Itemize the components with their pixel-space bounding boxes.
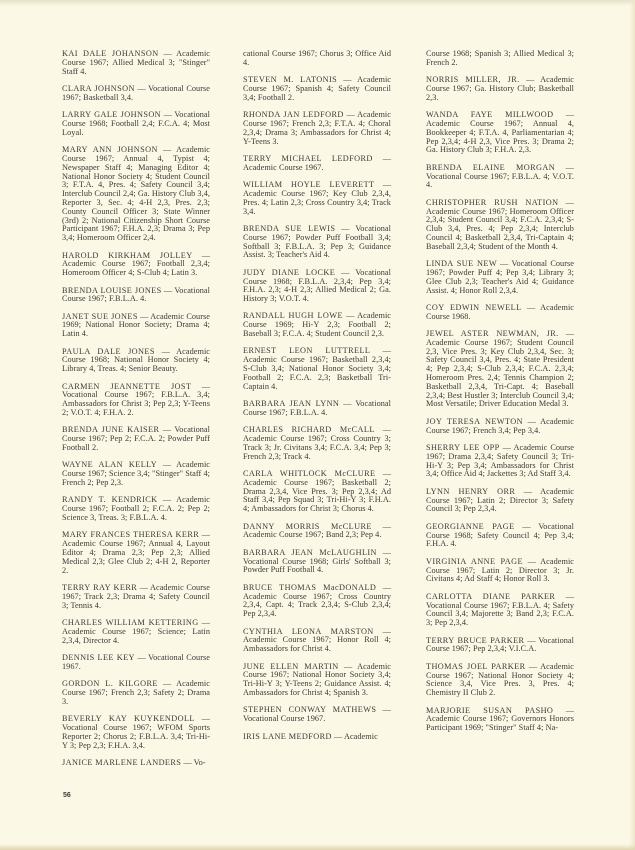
senior-entry: JANET SUE JONES — Academic Course 1969; … [62, 313, 210, 339]
senior-name: WANDA FAYE MILLWOOD [426, 110, 554, 119]
senior-entry: JUDY DIANE LOCKE — Vocational Course 196… [243, 269, 391, 304]
name-separator: — [376, 469, 392, 478]
senior-name: PAULA DALE JONES [62, 347, 155, 356]
name-separator: — [181, 758, 193, 767]
name-separator: — [335, 268, 355, 277]
name-separator: — [343, 311, 357, 320]
senior-entry: BARBARA JEAN McLAUGHLIN — Vocational Cou… [243, 549, 391, 575]
senior-activities: Academic Course 1967; Key Club 2,3,4, Pr… [243, 189, 391, 216]
senior-name: COY EDWIN NEWELL [426, 303, 522, 312]
senior-activities: Academic Course 1967; Annual 4, Bookkeep… [426, 119, 574, 154]
senior-entry: CHARLES WILLIAM KETTERING — Academic Cou… [62, 619, 210, 645]
senior-name: MARY FRANCES THERESA KERR [62, 530, 199, 539]
senior-activities: Academic Course 1967; Cross Country 2,3,… [243, 592, 391, 619]
senior-name: CHARLES WILLIAM KETTERING [62, 618, 199, 627]
senior-entry: SHERRY LEE OPP — Academic Course 1967; D… [426, 444, 574, 479]
column-1: KAI DALE JOHANSON — Academic Course 1967… [62, 50, 210, 776]
senior-activities: Vocational Course 1967; WFOM Sports Repo… [62, 723, 210, 750]
name-separator: — [158, 679, 176, 688]
senior-name: BRUCE THOMAS MacDONALD [243, 583, 376, 592]
senior-name: CARMEN JEANNETTE JOST [62, 382, 191, 391]
name-separator: — [523, 417, 540, 426]
senior-name: DANNY MORRIS McCLURE [243, 522, 372, 531]
page-bottom-edge [0, 844, 635, 850]
senior-entry: BRENDA SUE LEWIS — Vocational Course 196… [243, 225, 391, 260]
name-separator: — [520, 75, 541, 84]
name-separator: — [376, 705, 391, 714]
name-separator: — [524, 636, 538, 645]
senior-activities: Vocational Course 1967; F.B.L.A. 4; V.O.… [426, 172, 574, 190]
name-separator: — [339, 399, 355, 408]
senior-name: WAYNE ALAN KELLY [62, 460, 157, 469]
senior-name: BRENDA JUNE KAISER [62, 425, 159, 434]
senior-name: BRENDA SUE LEWIS [243, 224, 335, 233]
name-separator: — [195, 714, 210, 723]
senior-entry: Course 1968; Spanish 3; Allied Medical 3… [426, 50, 574, 68]
senior-entry: BRENDA ELAINE MORGAN — Vocational Course… [426, 164, 574, 190]
senior-name: LARRY GALE JOHNSON [62, 110, 161, 119]
name-separator: — [332, 732, 344, 741]
senior-name: STEVEN M. LATONIS [243, 75, 337, 84]
senior-activities: Academic Course 1967; Football 2,3,4; Ho… [62, 259, 210, 277]
name-separator: — [525, 662, 540, 671]
senior-name: KAI DALE JOHANSON [62, 49, 159, 58]
senior-entry: JOY TERESA NEWTON — Academic Course 1967… [426, 418, 574, 436]
senior-entry: LYNN HENRY ORR — Academic Course 1967; L… [426, 488, 574, 514]
senior-name: JEWEL ASTER NEWMAN, JR. [426, 329, 559, 338]
senior-name: JOY TERESA NEWTON [426, 417, 523, 426]
name-separator: — [376, 583, 391, 592]
senior-name: BEVERLY KAY KUYKENDOLL [62, 714, 195, 723]
senior-entry: LARRY GALE JOHNSON — Vocational Course 1… [62, 111, 210, 137]
senior-entry: VIRGINIA ANNE PAGE — Academic Course 196… [426, 558, 574, 584]
senior-name: RANDALL HUGH LOWE [243, 311, 343, 320]
senior-entry: BARBARA JEAN LYNN — Vocational Course 19… [243, 400, 391, 418]
senior-entry: CARMEN JEANNETTE JOST — Vocational Cours… [62, 383, 210, 418]
senior-name: MARJORIE SUSAN PASHO [426, 706, 553, 715]
senior-entry: WILLIAM HOYLE LEVERETT — Academic Course… [243, 181, 391, 216]
senior-name: BARBARA JEAN LYNN [243, 399, 339, 408]
senior-activities: Vocational Course 1967; F.B.L.A. 3,4; Am… [62, 390, 210, 417]
senior-entry: DENNIS LEE KEY — Vocational Course 1967. [62, 654, 210, 672]
senior-activities: Academic Course 1967; Honor Roll 4; Amba… [243, 635, 391, 653]
senior-name: STEPHEN CONWAY MATHEWS [243, 705, 376, 714]
name-separator: — [199, 618, 210, 627]
name-separator: — [374, 627, 391, 636]
senior-entry: BRUCE THOMAS MacDONALD — Academic Course… [243, 584, 391, 619]
senior-name: CARLA WHITLOCK McCLURE [243, 469, 376, 478]
senior-activities: Academic Course 1967; Student Council 2,… [426, 338, 574, 409]
name-separator: — [199, 530, 210, 539]
senior-activities: Academic Course 1967; Homeroom Officer 2… [426, 207, 574, 251]
senior-name: JANET SUE JONES [62, 312, 138, 321]
senior-entry: ERNEST LEON LUTTRELL — Academic Course 1… [243, 347, 391, 391]
senior-name: BRENDA LOUISE JONES [62, 286, 162, 295]
senior-entry: STEVEN M. LATONIS — Academic Course 1967… [243, 76, 391, 102]
name-separator: — [159, 49, 177, 58]
senior-activities: Academic Course 1967; Annual 4, Typist 4… [62, 145, 210, 242]
senior-entry: WANDA FAYE MILLWOOD — Academic Course 19… [426, 111, 574, 155]
senior-name: TERRY MICHAEL LEDFORD [243, 154, 373, 163]
name-separator: — [558, 198, 574, 207]
senior-entry: STEPHEN CONWAY MATHEWS — Vocational Cour… [243, 706, 391, 724]
page-top-shadow [0, 0, 635, 6]
senior-entry: MARJORIE SUSAN PASHO — Academic Course 1… [426, 707, 574, 733]
name-separator: — [377, 548, 391, 557]
senior-name: BARBARA JEAN McLAUGHLIN [243, 548, 377, 557]
senior-activities: Academic Course 1967; Governors Honors P… [426, 714, 574, 732]
senior-name: CLARA JOHNSON [62, 84, 135, 93]
senior-entry: PAULA DALE JONES — Academic Course 1968;… [62, 348, 210, 374]
name-separator: — [339, 662, 357, 671]
senior-entry: BEVERLY KAY KUYKENDOLL — Vocational Cour… [62, 715, 210, 750]
senior-name: JUDY DIANE LOCKE [243, 268, 335, 277]
name-separator: — [523, 557, 540, 566]
senior-name: DENNIS LEE KEY [62, 653, 135, 662]
senior-name: CARLOTTA DIANE PARKER [426, 592, 555, 601]
senior-entry: RANDY T. KENDRICK — Academic Course 1967… [62, 496, 210, 522]
senior-activities: Course 1968; Spanish 3; Allied Medical 3… [426, 49, 574, 67]
senior-name: CHARLES RICHARD McCALL [243, 425, 375, 434]
senior-entry: CHRISTOPHER RUSH NATION — Academic Cours… [426, 199, 574, 252]
senior-entry: JANICE MARLENE LANDERS — Vo- [62, 759, 210, 768]
senior-entry: CYNTHIA LEONA MARSTON — Academic Course … [243, 628, 391, 654]
senior-entry: WAYNE ALAN KELLY — Academic Course 1967;… [62, 461, 210, 487]
page-number: 56 [63, 792, 71, 799]
senior-entry: BRENDA JUNE KAISER — Vocational Course 1… [62, 426, 210, 452]
senior-name: VIRGINIA ANNE PAGE [426, 557, 523, 566]
senior-activities: Academic Course 1967. [243, 163, 324, 172]
column-3: Course 1968; Spanish 3; Allied Medical 3… [426, 50, 574, 742]
senior-entry: CLARA JOHNSON — Vocational Course 1967; … [62, 85, 210, 103]
name-separator: — [344, 110, 357, 119]
name-separator: — [159, 425, 174, 434]
name-separator: — [374, 180, 391, 189]
senior-activities: Academic Course 1967; Science; Latin 2,3… [62, 627, 210, 645]
senior-entry: KAI DALE JOHANSON — Academic Course 1967… [62, 50, 210, 76]
senior-activities: Academic Course 1967; Band 2,3; Pep 4. [243, 530, 381, 539]
senior-name: CHRISTOPHER RUSH NATION [426, 198, 558, 207]
senior-entry: MARY ANN JOHNSON — Academic Course 1967;… [62, 146, 210, 243]
name-separator: — [191, 382, 210, 391]
senior-entry: CARLA WHITLOCK McCLURE — Academic Course… [243, 470, 391, 514]
senior-name: LINDA SUE NEW [426, 259, 497, 268]
senior-name: TERRY RAY KERR [62, 583, 137, 592]
name-separator: — [335, 224, 355, 233]
senior-name: NORRIS MILLER, JR. [426, 75, 520, 84]
column-2: cational Course 1967; Chorus 3; Office A… [243, 50, 391, 750]
senior-entry: MARY FRANCES THERESA KERR — Academic Cou… [62, 531, 210, 575]
senior-name: GORDON L. KILGORE [62, 679, 158, 688]
name-separator: — [193, 251, 210, 260]
senior-activities: Vocational Course 1967. [243, 714, 325, 723]
senior-name: MARY ANN JOHNSON [62, 145, 158, 154]
name-separator: — [158, 495, 177, 504]
senior-name: SHERRY LEE OPP [426, 443, 500, 452]
senior-name: IRIS LANE MEDFORD [243, 732, 332, 741]
name-separator: — [137, 583, 150, 592]
name-separator: — [370, 346, 391, 355]
name-separator: — [375, 425, 391, 434]
name-separator: — [515, 487, 540, 496]
name-separator: — [522, 303, 541, 312]
name-separator: — [555, 592, 574, 601]
senior-activities: Academic Course 1967; Annual 4, Layout E… [62, 539, 210, 574]
name-separator: — [554, 110, 575, 119]
senior-entry: HAROLD KIRKHAM JOLLEY — Academic Course … [62, 252, 210, 278]
name-separator: — [162, 286, 175, 295]
senior-activities: cational Course 1967; Chorus 3; Office A… [243, 49, 391, 67]
name-separator: — [555, 163, 574, 172]
senior-activities: Vocational Course 1967; F.B.L.A. 4; Safe… [426, 601, 574, 628]
senior-name: THOMAS JOEL PARKER [426, 662, 525, 671]
senior-name: HAROLD KIRKHAM JOLLEY [62, 251, 193, 260]
senior-entry: CHARLES RICHARD McCALL — Academic Course… [243, 426, 391, 461]
senior-activities: Vo- [194, 758, 206, 767]
name-separator: — [372, 522, 391, 531]
name-separator: — [497, 259, 512, 268]
senior-name: TERRY BRUCE PARKER [426, 636, 524, 645]
senior-activities: Vocational Course 1968; Girls' Softball … [243, 557, 391, 575]
senior-entry: GORDON L. KILGORE — Academic Course 1967… [62, 680, 210, 706]
senior-activities: Academic [344, 732, 378, 741]
senior-name: LYNN HENRY ORR [426, 487, 515, 496]
name-separator: — [135, 84, 148, 93]
name-separator: — [373, 154, 391, 163]
name-separator: — [161, 110, 174, 119]
senior-activities: Academic Course 1967; Cross Country 3; T… [243, 434, 391, 461]
senior-activities: Academic Course 1967; Basketball 2,3,4; … [243, 355, 391, 390]
senior-entry: RANDALL HUGH LOWE — Academic Course 1969… [243, 312, 391, 338]
senior-entry: TERRY BRUCE PARKER — Vocational Course 1… [426, 637, 574, 655]
senior-entry: BRENDA LOUISE JONES — Vocational Course … [62, 287, 210, 305]
name-separator: — [553, 706, 574, 715]
senior-name: GEORGIANNE PAGE [426, 522, 515, 531]
name-separator: — [135, 653, 148, 662]
name-separator: — [138, 312, 150, 321]
name-separator: — [515, 522, 539, 531]
senior-entry: JEWEL ASTER NEWMAN, JR. — Academic Cours… [426, 330, 574, 409]
name-separator: — [158, 145, 176, 154]
senior-name: JANICE MARLENE LANDERS [62, 758, 181, 767]
senior-entry: THOMAS JOEL PARKER — Academic Course 196… [426, 663, 574, 698]
senior-name: BRENDA ELAINE MORGAN [426, 163, 555, 172]
senior-name: JUNE ELLEN MARTIN [243, 662, 339, 671]
page-right-edge [629, 0, 635, 850]
senior-entry: GEORGIANNE PAGE — Vocational Course 1968… [426, 523, 574, 549]
senior-name: CYNTHIA LEONA MARSTON [243, 627, 374, 636]
name-separator: — [337, 75, 357, 84]
senior-entry: TERRY MICHAEL LEDFORD — Academic Course … [243, 155, 391, 173]
senior-entry: NORRIS MILLER, JR. — Academic Course 196… [426, 76, 574, 102]
senior-entry: LINDA SUE NEW — Vocational Course 1967; … [426, 260, 574, 295]
senior-activities: Academic Course 1967; Basketball 2; Dram… [243, 478, 391, 513]
senior-name: ERNEST LEON LUTTRELL [243, 346, 370, 355]
senior-entry: RHONDA JAN LEDFORD — Academic Course 196… [243, 111, 391, 146]
senior-entry: cational Course 1967; Chorus 3; Office A… [243, 50, 391, 68]
name-separator: — [559, 329, 574, 338]
name-separator: — [155, 347, 176, 356]
senior-entry: IRIS LANE MEDFORD — Academic [243, 733, 391, 742]
senior-name: RHONDA JAN LEDFORD [243, 110, 344, 119]
senior-name: RANDY T. KENDRICK [62, 495, 158, 504]
name-separator: — [157, 460, 176, 469]
senior-entry: CARLOTTA DIANE PARKER — Vocational Cours… [426, 593, 574, 628]
senior-entry: COY EDWIN NEWELL — Academic Course 1968. [426, 304, 574, 322]
name-separator: — [500, 443, 514, 452]
senior-entry: TERRY RAY KERR — Academic Course 1967; T… [62, 584, 210, 610]
senior-entry: JUNE ELLEN MARTIN — Academic Course 1967… [243, 663, 391, 698]
senior-name: WILLIAM HOYLE LEVERETT [243, 180, 374, 189]
senior-entry: DANNY MORRIS McCLURE — Academic Course 1… [243, 523, 391, 541]
